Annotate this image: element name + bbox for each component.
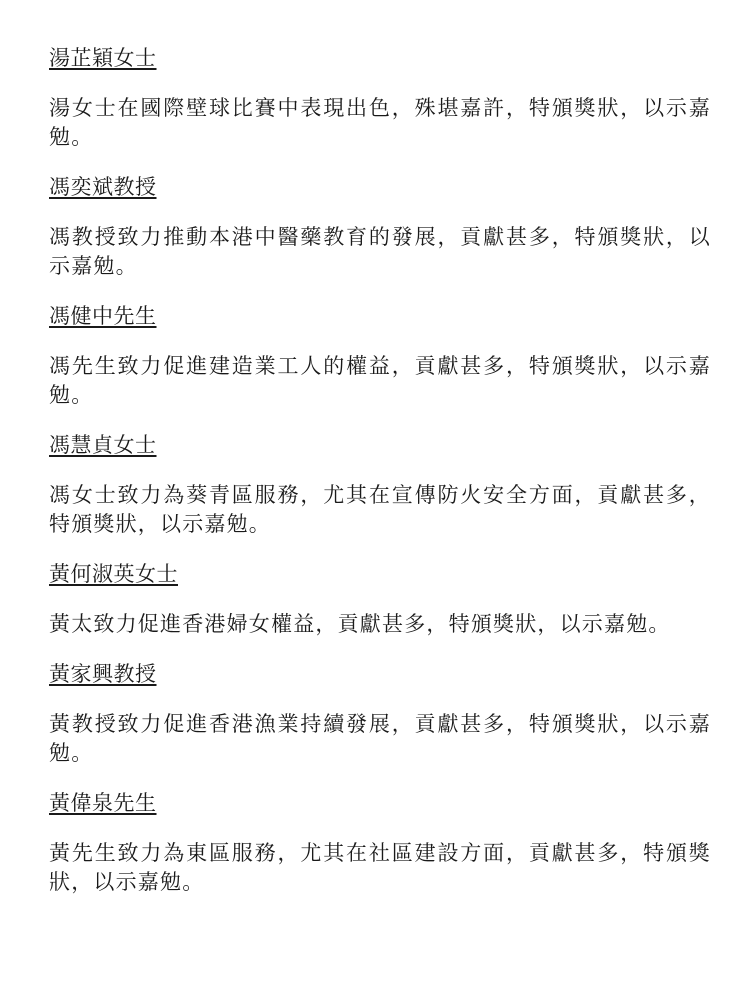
award-citation: 黃先生致力為東區服務，尤其在社區建設方面，貢獻甚多，特頒獎狀，以示嘉勉。 bbox=[49, 839, 711, 897]
awardee-name: 黃偉泉先生 bbox=[49, 789, 157, 817]
awardee-name: 黃家興教授 bbox=[49, 660, 157, 688]
document-page: 湯芷穎女士 湯女士在國際壁球比賽中表現出色，殊堪嘉許，特頒獎狀，以示嘉勉。 馮奕… bbox=[49, 44, 711, 918]
award-citation: 馮教授致力推動本港中醫藥教育的發展，貢獻甚多，特頒獎狀，以示嘉勉。 bbox=[49, 223, 711, 281]
award-citation: 馮先生致力促進建造業工人的權益，貢獻甚多，特頒獎狀，以示嘉勉。 bbox=[49, 352, 711, 410]
awardee-name: 馮健中先生 bbox=[49, 302, 157, 330]
awardee-name: 馮慧貞女士 bbox=[49, 431, 157, 459]
award-citation: 黃教授致力促進香港漁業持續發展，貢獻甚多，特頒獎狀，以示嘉勉。 bbox=[49, 710, 711, 768]
award-entry: 馮健中先生 馮先生致力促進建造業工人的權益，貢獻甚多，特頒獎狀，以示嘉勉。 bbox=[49, 302, 711, 410]
awardee-name: 黃何淑英女士 bbox=[49, 560, 178, 588]
award-citation: 黃太致力促進香港婦女權益，貢獻甚多，特頒獎狀，以示嘉勉。 bbox=[49, 610, 711, 639]
award-entry: 馮奕斌教授 馮教授致力推動本港中醫藥教育的發展，貢獻甚多，特頒獎狀，以示嘉勉。 bbox=[49, 173, 711, 281]
award-entry: 馮慧貞女士 馮女士致力為葵青區服務，尤其在宣傳防火安全方面，貢獻甚多，特頒獎狀，… bbox=[49, 431, 711, 539]
award-entry: 湯芷穎女士 湯女士在國際壁球比賽中表現出色，殊堪嘉許，特頒獎狀，以示嘉勉。 bbox=[49, 44, 711, 152]
award-entry: 黃何淑英女士 黃太致力促進香港婦女權益，貢獻甚多，特頒獎狀，以示嘉勉。 bbox=[49, 560, 711, 639]
awardee-name: 湯芷穎女士 bbox=[49, 44, 157, 72]
award-citation: 馮女士致力為葵青區服務，尤其在宣傳防火安全方面，貢獻甚多，特頒獎狀，以示嘉勉。 bbox=[49, 481, 711, 539]
awardee-name: 馮奕斌教授 bbox=[49, 173, 157, 201]
award-entry: 黃偉泉先生 黃先生致力為東區服務，尤其在社區建設方面，貢獻甚多，特頒獎狀，以示嘉… bbox=[49, 789, 711, 897]
award-citation: 湯女士在國際壁球比賽中表現出色，殊堪嘉許，特頒獎狀，以示嘉勉。 bbox=[49, 94, 711, 152]
award-entry: 黃家興教授 黃教授致力促進香港漁業持續發展，貢獻甚多，特頒獎狀，以示嘉勉。 bbox=[49, 660, 711, 768]
